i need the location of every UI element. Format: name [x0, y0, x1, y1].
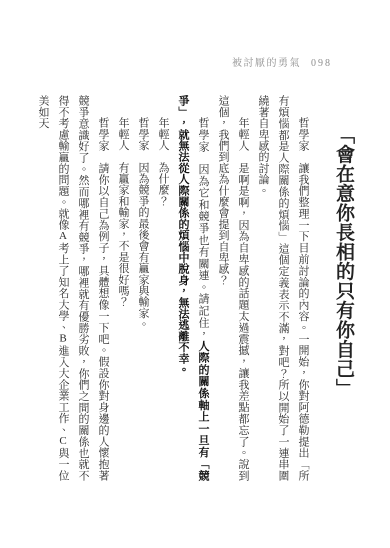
page-number: 098	[311, 58, 332, 69]
page-body: 「會在意你長相的只有你自己」 哲學家讓我們整理一下目前討論的內容。一開始，你對阿…	[33, 95, 356, 481]
dialogue-text: 是啊是啊，因為自卑感的話題太過震撼，讓我差點都忘了。說到這個，我們到底為什麼會提…	[217, 95, 249, 481]
dialogue-text: 因為它和競爭也有關連。請記住，	[197, 163, 209, 340]
running-head: 被討厭的勇氣098	[232, 54, 332, 69]
dialogue-text: 有贏家和輸家，不是很好嗎？	[117, 162, 129, 308]
dialogue-paragraph: 年輕人為什麼？	[153, 95, 173, 481]
speaker-label: 哲學家	[197, 117, 209, 152]
speaker-label: 年輕人	[237, 117, 249, 151]
dialogue-text: 讓我們整理一下目前討論的內容。一開始，你對阿德勒提出「所有煩惱都是人際關係的煩惱…	[257, 95, 309, 481]
dialogue-text: 為什麼？	[157, 162, 169, 207]
speaker-label: 哲學家	[297, 117, 309, 151]
book-page: 被討厭的勇氣098 「會在意你長相的只有你自己」 哲學家讓我們整理一下目前討論的…	[0, 0, 390, 548]
dialogue-paragraph: 哲學家讓我們整理一下目前討論的內容。一開始，你對阿德勒提出「所有煩惱都是人際關係…	[253, 95, 313, 481]
book-title: 被討厭的勇氣	[232, 58, 301, 69]
dialogue-text: 因為競爭的最後會有贏家與輸家。	[137, 162, 149, 330]
dialogue-paragraph: 哲學家因為它和競爭也有關連。請記住，人際的關係軸上一旦有「競爭」，就無法從人際關…	[173, 95, 213, 481]
dialogue-paragraph: 哲學家請你以自己為例子，具體想像一下吧。假設你對身邊的人懷抱著競爭意識好了。然而…	[33, 95, 113, 481]
speaker-label: 年輕人	[157, 117, 169, 151]
speaker-label: 哲學家	[97, 117, 109, 151]
speaker-label: 哲學家	[137, 117, 149, 151]
dialogue-paragraph: 哲學家因為競爭的最後會有贏家與輸家。	[133, 95, 153, 481]
dialogue-paragraph: 年輕人是啊是啊，因為自卑感的話題太過震撼，讓我差點都忘了。說到這個，我們到底為什…	[213, 95, 253, 481]
speaker-label: 年輕人	[117, 117, 129, 151]
dialogue-paragraph: 年輕人有贏家和輸家，不是很好嗎？	[113, 95, 133, 481]
dialogue-text: 請你以自己為例子，具體想像一下吧。假設你對身邊的人懷抱著競爭意識好了。然而哪裡有…	[37, 95, 109, 481]
section-title: 「會在意你長相的只有你自己」	[330, 95, 356, 481]
